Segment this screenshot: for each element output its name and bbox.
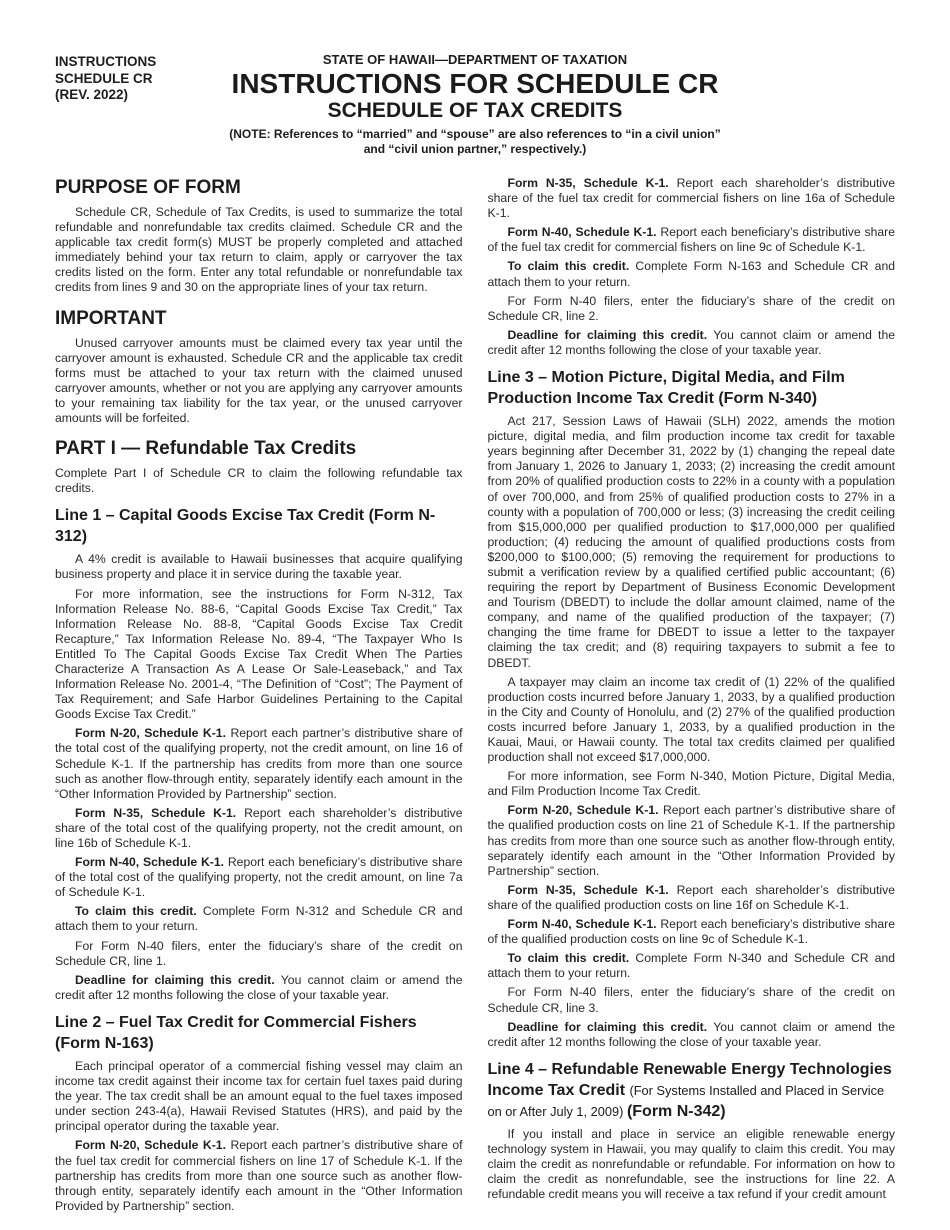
paragraph: For Form N-40 filers, enter the fiduciar… [488,294,896,324]
paragraph: Form N-35, Schedule K-1. Report each sha… [55,806,463,851]
paragraph: To claim this credit. Complete Form N-16… [488,259,896,289]
right-column: Form N-35, Schedule K-1. Report each sha… [488,176,896,1218]
paragraph-lead: Form N-40, Schedule K-1. [75,855,228,869]
paragraph-lead: Form N-35, Schedule K-1. [75,806,244,820]
paragraph-lead: Deadline for claiming this credit. [508,328,714,342]
form-id-line: (REV. 2022) [55,87,156,104]
paragraph: To claim this credit. Complete Form N-34… [488,951,896,981]
paragraph: Form N-20, Schedule K-1. Report each par… [55,726,463,801]
paragraph: Form N-20, Schedule K-1. Report each par… [55,1138,463,1213]
line-heading-segment: (Form N-342) [627,1103,726,1120]
paragraph-lead: Form N-40, Schedule K-1. [508,225,661,239]
paragraph: Complete Part I of Schedule CR to claim … [55,466,463,496]
paragraph-lead: Form N-35, Schedule K-1. [508,883,677,897]
paragraph: For Form N-40 filers, enter the fiduciar… [488,985,896,1015]
document-page: INSTRUCTIONS SCHEDULE CR (REV. 2022) STA… [0,0,950,1230]
line-heading: Line 1 – Capital Goods Excise Tax Credit… [55,505,463,547]
paragraph-lead: To claim this credit. [508,951,636,965]
paragraph-lead: Deadline for claiming this credit. [508,1020,714,1034]
document-title: INSTRUCTIONS FOR SCHEDULE CR [55,68,895,99]
section-heading: IMPORTANT [55,307,463,330]
line-heading: Line 2 – Fuel Tax Credit for Commercial … [55,1012,463,1054]
paragraph: For more information, see the instructio… [55,587,463,723]
paragraph: A taxpayer may claim an income tax credi… [488,675,896,766]
document-subtitle: SCHEDULE OF TAX CREDITS [55,99,895,123]
paragraph-lead: Deadline for claiming this credit. [75,973,281,987]
form-id-line: INSTRUCTIONS [55,54,156,71]
paragraph: Form N-40, Schedule K-1. Report each ben… [55,855,463,900]
paragraph: Each principal operator of a commercial … [55,1059,463,1134]
note-line: (NOTE: References to “married” and “spou… [55,127,895,142]
paragraph: Form N-40, Schedule K-1. Report each ben… [488,225,896,255]
header-center: STATE OF HAWAII—DEPARTMENT OF TAXATION I… [55,50,895,157]
paragraph: Form N-20, Schedule K-1. Report each par… [488,803,896,878]
paragraph: If you install and place in service an e… [488,1127,896,1202]
paragraph: For Form N-40 filers, enter the fiduciar… [55,939,463,969]
paragraph-lead: Form N-20, Schedule K-1. [75,1138,230,1152]
note-line: and “civil union partner,” respectively.… [55,142,895,157]
line-heading: Line 3 – Motion Picture, Digital Media, … [488,367,896,409]
paragraph: Act 217, Session Laws of Hawaii (SLH) 20… [488,414,896,671]
paragraph: Deadline for claiming this credit. You c… [488,328,896,358]
form-id-line: SCHEDULE CR [55,71,156,88]
paragraph: Unused carryover amounts must be claimed… [55,336,463,427]
agency-line: STATE OF HAWAII—DEPARTMENT OF TAXATION [55,52,895,67]
paragraph: Schedule CR, Schedule of Tax Credits, is… [55,205,463,296]
form-id-block: INSTRUCTIONS SCHEDULE CR (REV. 2022) [55,54,156,104]
paragraph-lead: To claim this credit. [75,904,203,918]
paragraph-lead: Form N-20, Schedule K-1. [508,803,663,817]
line-heading: Line 4 – Refundable Renewable Energy Tec… [488,1059,896,1122]
paragraph-lead: Form N-40, Schedule K-1. [508,917,661,931]
paragraph: For more information, see Form N-340, Mo… [488,769,896,799]
paragraph-lead: Form N-35, Schedule K-1. [508,176,677,190]
left-column: PURPOSE OF FORMSchedule CR, Schedule of … [55,176,463,1218]
paragraph: To claim this credit. Complete Form N-31… [55,904,463,934]
paragraph: Deadline for claiming this credit. You c… [55,973,463,1003]
paragraph: A 4% credit is available to Hawaii busin… [55,552,463,582]
paragraph: Form N-40, Schedule K-1. Report each ben… [488,917,896,947]
document-note: (NOTE: References to “married” and “spou… [55,127,895,157]
paragraph-lead: To claim this credit. [508,259,636,273]
document-header: INSTRUCTIONS SCHEDULE CR (REV. 2022) STA… [55,50,895,162]
paragraph-lead: Form N-20, Schedule K-1. [75,726,230,740]
two-column-body: PURPOSE OF FORMSchedule CR, Schedule of … [55,176,895,1218]
paragraph: Form N-35, Schedule K-1. Report each sha… [488,883,896,913]
paragraph: Form N-35, Schedule K-1. Report each sha… [488,176,896,221]
section-heading: PURPOSE OF FORM [55,176,463,199]
section-heading: PART I — Refundable Tax Credits [55,437,463,460]
paragraph: Deadline for claiming this credit. You c… [488,1020,896,1050]
